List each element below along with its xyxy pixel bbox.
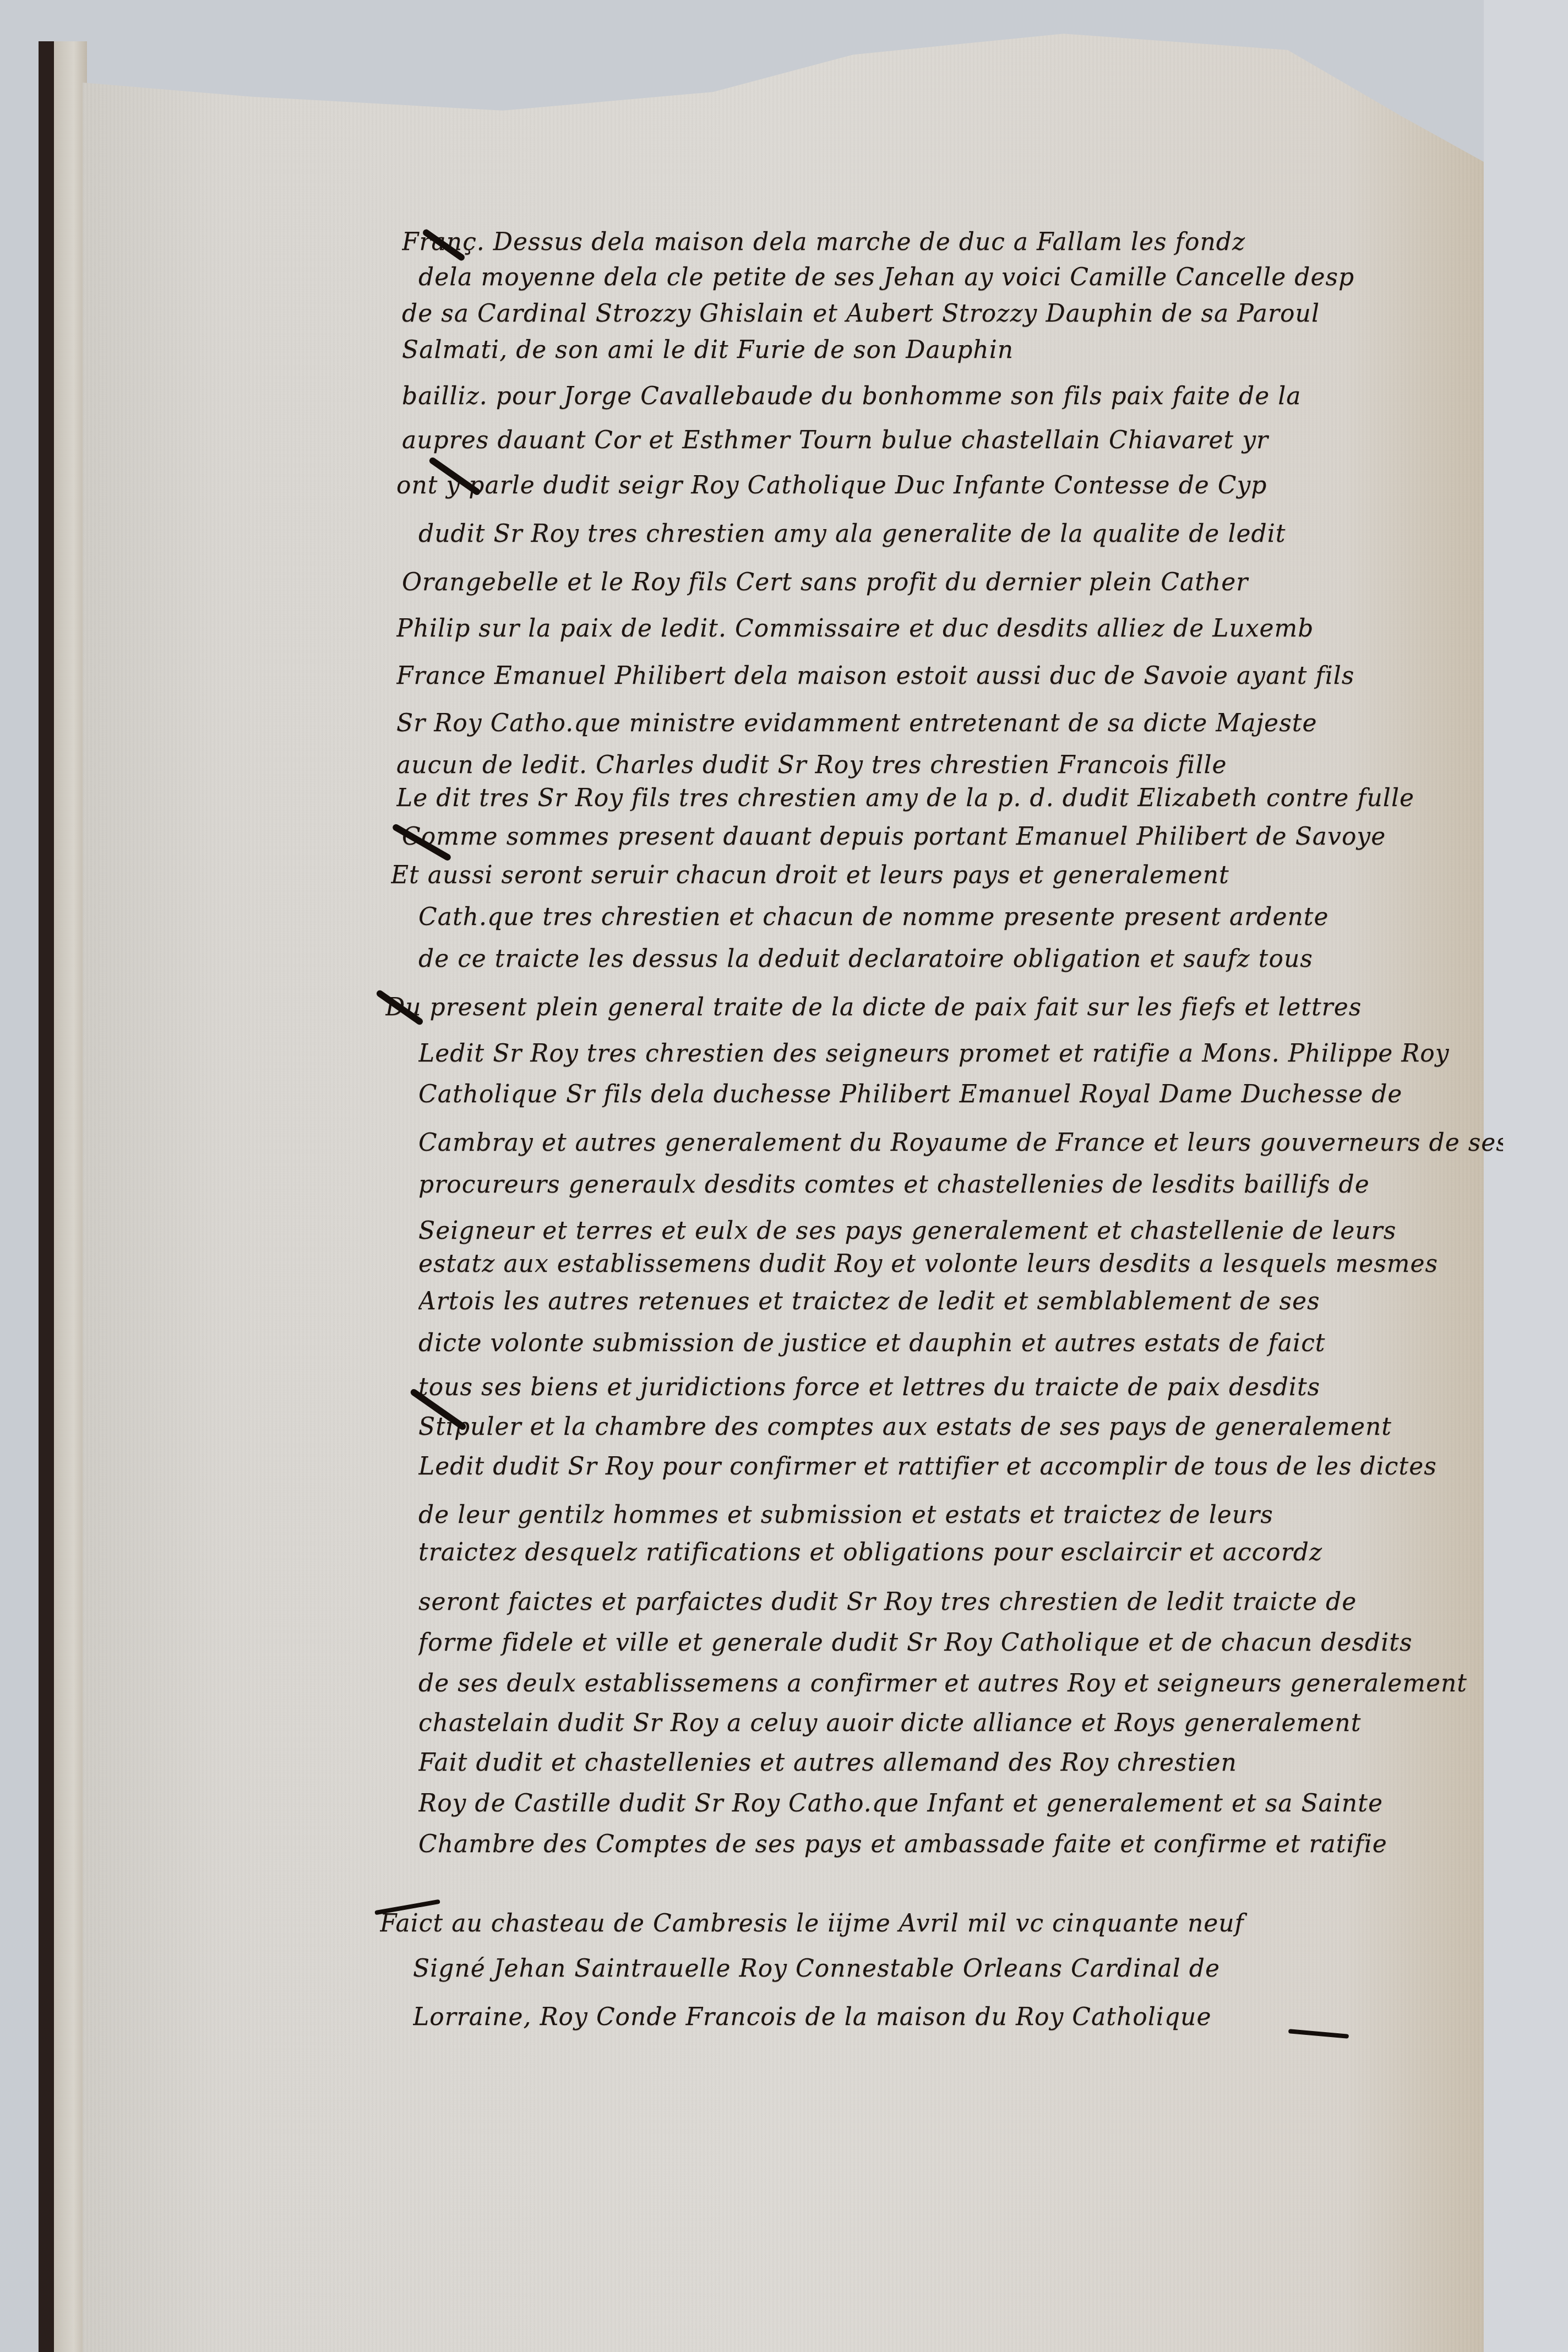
ms-line: de leur gentilz hommes et submission et … xyxy=(418,1499,1503,1532)
ms-line: ont y parle dudit seigr Roy Catholique D… xyxy=(396,469,1481,502)
ms-line: bailliz. pour Jorge Cavallebaude du bonh… xyxy=(402,380,1487,413)
page-stack-edge xyxy=(54,41,87,2352)
ms-line: de sa Cardinal Strozzy Ghislain et Auber… xyxy=(402,297,1487,330)
ms-line: Cath.que tres chrestien et chacun de nom… xyxy=(418,901,1503,934)
ms-line: Le dit tres Sr Roy fils tres chrestien a… xyxy=(396,782,1481,815)
closing-line: Faict au chasteau de Cambresis le iijme … xyxy=(380,1907,1464,1940)
ms-line: Franç. Dessus dela maison dela marche de… xyxy=(402,226,1487,259)
ms-line: Stipuler et la chambre des comptes aux e… xyxy=(418,1411,1503,1444)
ms-line: procureurs generaulx desdits comtes et c… xyxy=(418,1168,1503,1201)
ms-line: de ses deulx establissemens a confirmer … xyxy=(418,1667,1503,1700)
ms-line: Salmati, de son ami le dit Furie de son … xyxy=(402,334,1487,367)
ms-line: aucun de ledit. Charles dudit Sr Roy tre… xyxy=(396,749,1481,782)
book-binding-edge xyxy=(39,41,54,2352)
ms-line: Roy de Castille dudit Sr Roy Catho.que I… xyxy=(418,1787,1503,1820)
ms-line: Catholique Sr fils dela duchesse Philibe… xyxy=(418,1078,1503,1111)
ms-line: Fait dudit et chastellenies et autres al… xyxy=(418,1746,1503,1779)
closing-line: Signé Jehan Saintrauelle Roy Connestable… xyxy=(413,1952,1498,1985)
ms-line: Ledit Sr Roy tres chrestien des seigneur… xyxy=(418,1037,1503,1070)
ms-line: Chambre des Comptes de ses pays et ambas… xyxy=(418,1828,1503,1861)
ms-line: Philip sur la paix de ledit. Commissaire… xyxy=(396,612,1481,645)
ms-line: aupres dauant Cor et Esthmer Tourn bulue… xyxy=(402,424,1487,457)
ms-line: France Emanuel Philibert dela maison est… xyxy=(396,660,1481,693)
ms-line: Sr Roy Catho.que ministre evidamment ent… xyxy=(396,707,1481,740)
ms-line: estatz aux establissemens dudit Roy et v… xyxy=(418,1248,1503,1281)
ms-line: traictez desquelz ratifications et oblig… xyxy=(418,1536,1503,1569)
ms-line: Artois les autres retenues et traictez d… xyxy=(418,1285,1503,1318)
ms-line: Orangebelle et le Roy fils Cert sans pro… xyxy=(402,566,1487,599)
ms-line: chastelain dudit Sr Roy a celuy auoir di… xyxy=(418,1707,1503,1740)
ms-line: Comme sommes present dauant depuis porta… xyxy=(402,820,1487,853)
ms-line: forme fidele et ville et generale dudit … xyxy=(418,1626,1503,1659)
ms-line: Du present plein general traite de la di… xyxy=(385,991,1470,1024)
ms-line: seront faictes et parfaictes dudit Sr Ro… xyxy=(418,1586,1503,1619)
ms-line: dudit Sr Roy tres chrestien amy ala gene… xyxy=(418,518,1503,551)
closing-line: Lorraine, Roy Conde Francois de la maiso… xyxy=(413,2001,1498,2034)
ms-line: de ce traicte les dessus la deduit decla… xyxy=(418,943,1503,976)
ms-line: Ledit dudit Sr Roy pour confirmer et rat… xyxy=(418,1450,1503,1483)
ms-line: dela moyenne dela cle petite de ses Jeha… xyxy=(418,261,1503,294)
ms-line: dicte volonte submission de justice et d… xyxy=(418,1327,1503,1360)
ms-line: tous ses biens et juridictions force et … xyxy=(418,1371,1503,1404)
ms-line: Seigneur et terres et eulx de ses pays g… xyxy=(418,1215,1503,1248)
ms-line: Cambray et autres generalement du Royaum… xyxy=(418,1126,1503,1159)
ms-line: Et aussi seront seruir chacun droit et l… xyxy=(391,859,1476,892)
